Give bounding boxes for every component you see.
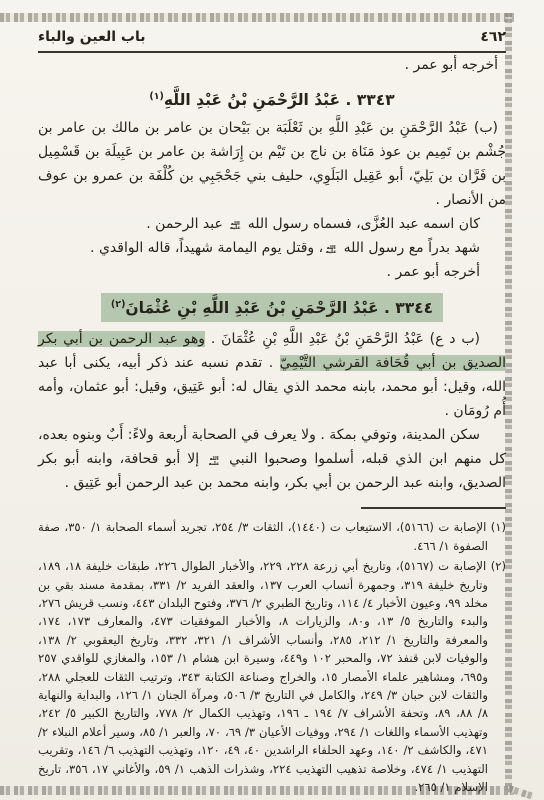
entry-3343-lineage: (ب) عَبْدُ الرَّحْمَنِ بن عَبْدِ اللَّهِ… — [38, 116, 506, 212]
entry-3343-title: ٣٣٤٣ . عَبْدُ الرَّحْمَنِ بْنُ عَبْدِ ال… — [164, 91, 395, 109]
salla-allahu-alayhi-wasallam-glyph: صلى الله عليه وسلم — [323, 241, 339, 254]
entry-3343-badr-line: شهد بدراً مع رسول الله صلى الله عليه وسل… — [38, 236, 506, 260]
footnote-2-text: الإصابة ت (٥١٦٧)، وتاريخ أبي زرعة ٢٢٨، ٢… — [38, 559, 488, 794]
bio-text-pre: (ب د ع) عَبْدُ الرَّحْمَنِ بْنُ عَبْدِ ا… — [211, 331, 480, 347]
footnote-1-marker: (١) — [491, 520, 506, 534]
entry-3344-title: ٣٣٤٤ . عَبْدُ الرَّحْمَنِ بْنُ عَبْدِ ال… — [125, 299, 433, 317]
entry-3344-residence: سكن المدينة، وتوفي بمكة . ولا يعرف في ال… — [38, 423, 506, 495]
highlighted-heading: ٣٣٤٤ . عَبْدُ الرَّحْمَنِ بْنُ عَبْدِ ال… — [101, 293, 443, 322]
badr-text-pre: شهد بدراً مع رسول الله — [344, 240, 480, 256]
chapter-title: باب العين والباء — [38, 28, 146, 46]
footnote-2-marker: (٢) — [491, 559, 506, 573]
running-header: ٤٦٢ باب العين والباء — [38, 28, 506, 53]
page-number: ٤٦٢ — [480, 28, 506, 46]
entry-3343-naming-line: كان اسمه عبد العُزَّى، فسماه رسول الله ص… — [38, 212, 506, 236]
entry-heading-3343: ٣٣٤٣ . عَبْدُ الرَّحْمَنِ بْنُ عَبْدِ ال… — [38, 86, 506, 111]
previous-entry-closing: أخرجه أبو عمر . — [38, 53, 506, 77]
footnote-1-text: الإصابة ت (٥١٦٦)، الاستيعاب ت (١٤٤٠)، ال… — [38, 520, 488, 552]
footnote-1: (١) الإصابة ت (٥١٦٦)، الاستيعاب ت (١٤٤٠)… — [38, 518, 506, 555]
ornamental-border-corner — [508, 785, 535, 800]
entry-heading-3344: ٣٣٤٤ . عَبْدُ الرَّحْمَنِ بْنُ عَبْدِ ال… — [38, 293, 506, 322]
footnote-separator — [361, 507, 506, 509]
salla-allahu-alayhi-wasallam-glyph: صلى الله عليه وسلم — [206, 452, 222, 465]
entry-3344-bio: (ب د ع) عَبْدُ الرَّحْمَنِ بْنُ عَبْدِ ا… — [38, 327, 506, 423]
footnote-2: (٢) الإصابة ت (٥١٦٧)، وتاريخ أبي زرعة ٢٢… — [38, 557, 506, 796]
naming-text-pre: كان اسمه عبد العُزَّى، فسماه رسول الله — [248, 216, 480, 232]
ornamental-border-top — [0, 13, 514, 22]
footnote-ref-1: (١) — [149, 91, 164, 102]
ornamental-border-right — [505, 13, 512, 790]
footnote-ref-2: (٢) — [111, 299, 126, 310]
badr-text-post: ، وقتل يوم اليمامة شهيداً، قاله الواقدي … — [90, 240, 323, 256]
scanned-book-page: ٤٦٢ باب العين والباء أخرجه أبو عمر . ٣٣٤… — [0, 0, 544, 800]
page-content: ٤٦٢ باب العين والباء أخرجه أبو عمر . ٣٣٤… — [38, 28, 506, 798]
naming-text-post: عبد الرحمن . — [146, 216, 223, 232]
entry-3343-closing: أخرجه أبو عمر . — [38, 260, 506, 284]
salla-allahu-alayhi-wasallam-glyph: صلى الله عليه وسلم — [227, 217, 243, 230]
